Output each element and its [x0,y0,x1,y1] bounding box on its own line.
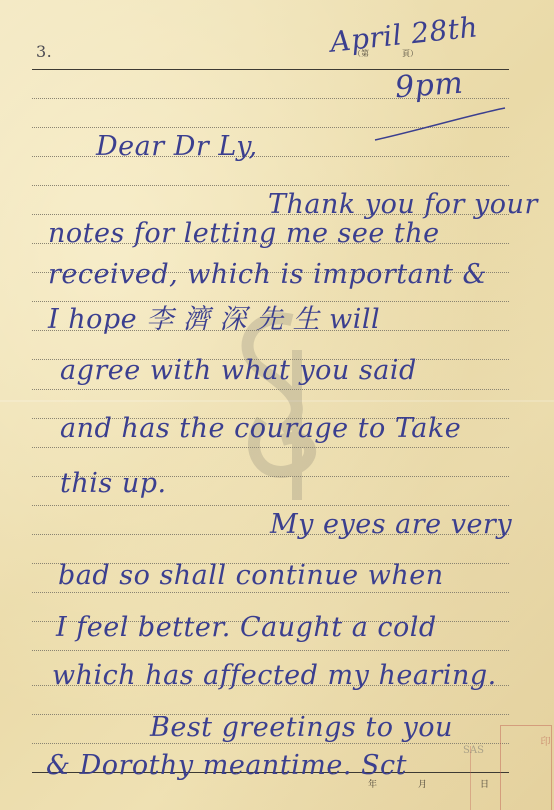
page-number: 3. [36,42,52,61]
letter-line: I feel better. Caught a cold [56,612,437,643]
printed-month-label: 月 [418,777,427,790]
letter-line: agree with what you said [60,355,417,386]
letter-time: 9pm [394,66,465,106]
letter-line: which has affected my hearing. [52,660,497,691]
red-seal-text: 印 [536,736,551,746]
letter-line: notes for letting me see the [48,218,440,249]
ruled-line [32,185,509,186]
date-underline-flourish [370,105,510,145]
letter-line: Best greetings to you [150,712,453,743]
ruled-line [32,592,509,593]
ruled-line [32,389,509,390]
letter-closing-line: & Dorothy meantime. Sct [46,750,407,781]
gray-seal-mark: SAS [463,745,484,756]
letter-line: and has the courage to Take [60,413,461,444]
ruled-line [32,743,509,744]
watermark-monogram [222,310,332,510]
letter-line: I hope 李 濟 深 先 生 will [48,297,380,336]
letter-line: Thank you for your [268,189,538,220]
letter-line: bad so shall continue when [58,560,444,591]
ruled-line [32,505,509,506]
ruled-line [32,650,509,651]
letter-line: this up. [60,468,167,499]
letter-line: received, which is important & [48,259,487,290]
salutation: Dear Dr Ly, [96,131,258,162]
ruled-line [32,447,509,448]
letter-line: My eyes are very [270,509,512,540]
